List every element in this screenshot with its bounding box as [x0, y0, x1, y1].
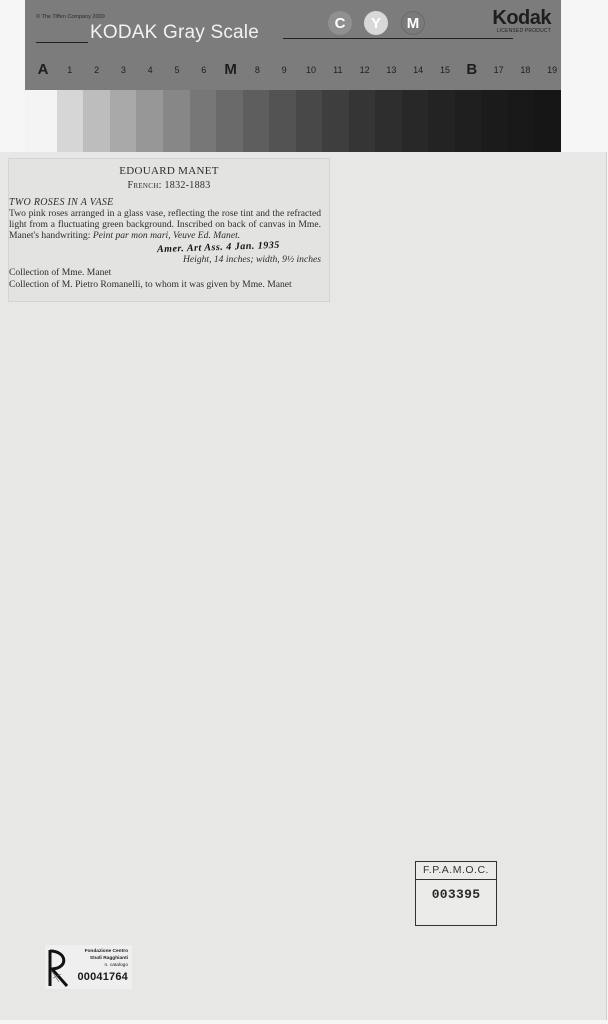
scale-mark: 15 — [440, 65, 450, 75]
gray-patch — [57, 90, 84, 152]
licensed-product-text: LICENSED PRODUCT — [492, 28, 551, 34]
gray-scale-strip — [25, 90, 561, 152]
scale-mark: 11 — [333, 65, 342, 75]
catalog-number: 00041764 — [77, 971, 128, 983]
provenance-item: Collection of M. Pietro Romanelli, to wh… — [9, 279, 325, 290]
gray-patch — [163, 90, 190, 152]
gray-patch — [243, 90, 270, 152]
gray-patch — [296, 90, 323, 152]
artist-nationality: French: 1832-1883 — [9, 180, 329, 191]
scale-mark: M — [224, 61, 237, 78]
scale-mark: 14 — [413, 65, 423, 75]
scale-mark: 18 — [520, 65, 530, 75]
fondazione-line1: Fondazione Centro — [85, 949, 128, 954]
gray-patch — [402, 90, 429, 152]
fondazione-r-logo-icon — [47, 948, 71, 988]
catalog-number-label: n. catalogo — [105, 963, 128, 968]
gray-patch — [269, 90, 296, 152]
copyright-text: © The Tiffen Company 2000 — [36, 14, 105, 20]
stamp-number: 003395 — [416, 887, 496, 902]
gray-patch — [322, 90, 349, 152]
scale-mark: 19 — [547, 65, 557, 75]
title-rule-right — [283, 38, 513, 39]
scale-mark: 8 — [255, 65, 260, 75]
gray-patch — [534, 90, 561, 152]
scale-mark: B — [466, 61, 477, 78]
stamp-header: F.P.A.M.O.C. — [416, 862, 496, 880]
gray-patch — [136, 90, 163, 152]
yellow-target-icon: Y — [364, 11, 388, 35]
scale-mark: 2 — [94, 65, 99, 75]
scale-mark: 5 — [174, 65, 179, 75]
kodak-gray-scale-card: © The Tiffen Company 2000 KODAK Gray Sca… — [25, 0, 561, 92]
scale-mark: 12 — [360, 65, 370, 75]
magenta-target-icon: M — [401, 11, 425, 35]
gray-patch — [375, 90, 402, 152]
scale-marks: A123456M89101112131415B171819 — [33, 61, 553, 81]
gray-patch — [508, 90, 535, 152]
gray-patch — [25, 90, 57, 152]
gray-patch — [216, 90, 243, 152]
scale-mark: 13 — [386, 65, 396, 75]
handwritten-note: Amer. Art Ass. 4 Jan. 1935 — [157, 240, 280, 255]
scale-mark: 9 — [282, 65, 287, 75]
artwork-title: TWO ROSES IN A VASE — [9, 197, 114, 208]
kodak-logo: Kodak LICENSED PRODUCT — [492, 8, 551, 34]
cyan-target-icon: C — [328, 11, 352, 35]
fondazione-line2: Studi Ragghianti — [90, 956, 128, 961]
gray-patch — [110, 90, 137, 152]
title-rule-left — [36, 42, 88, 43]
scale-mark: 4 — [148, 65, 153, 75]
gray-patch — [349, 90, 376, 152]
gray-patch — [83, 90, 110, 152]
inscription-text: Peint par mon mari, Veuve Ed. Manet. — [93, 230, 240, 241]
fondazione-catalog-label: Fondazione Centro Studi Ragghianti n. ca… — [45, 945, 132, 989]
gray-patch — [481, 90, 508, 152]
scale-mark: 17 — [494, 65, 504, 75]
gray-scale-title: KODAK Gray Scale — [90, 22, 259, 44]
gray-patch — [190, 90, 217, 152]
scale-mark: 3 — [121, 65, 126, 75]
catalog-entry-label: EDOUARD MANET French: 1832-1883 TWO ROSE… — [8, 158, 330, 302]
kodak-brand: Kodak — [492, 8, 551, 28]
scale-mark: A — [38, 61, 49, 78]
artwork-dimensions: Height, 14 inches; width, 9½ inches — [183, 254, 321, 265]
provenance-item: Collection of Mme. Manet — [9, 267, 111, 278]
gray-patch — [455, 90, 482, 152]
gray-patch — [428, 90, 455, 152]
scale-mark: 10 — [306, 65, 316, 75]
artwork-description: Two pink roses arranged in a glass vase,… — [9, 208, 321, 241]
scale-mark: 1 — [67, 65, 72, 75]
fpamoc-stamp: F.P.A.M.O.C. 003395 — [415, 861, 497, 926]
artist-name: EDOUARD MANET — [9, 165, 329, 177]
scale-mark: 6 — [201, 65, 206, 75]
